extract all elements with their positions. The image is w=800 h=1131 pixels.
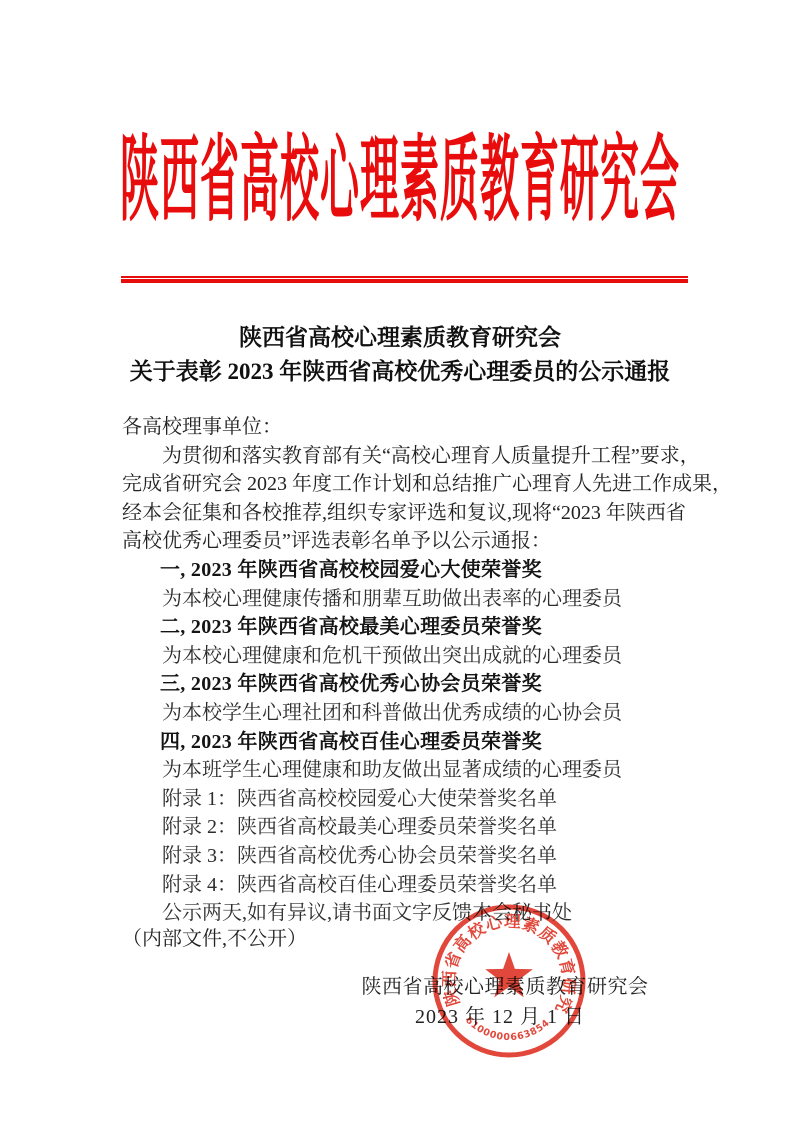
body-line: 经本会征集和各校推荐,组织专家评选和复议,现将“2023 年陕西省 xyxy=(122,499,680,528)
document-page: 陕西省高校心理素质教育研究会 陕西省高校心理素质教育研究会 关于表彰 2023 … xyxy=(0,0,800,1131)
body-line: 各高校理事单位： xyxy=(122,413,680,442)
internal-note: （内部文件,不公开） xyxy=(122,925,307,953)
body-line: 为贯彻和落实教育部有关“高校心理育人质量提升工程”要求， xyxy=(122,442,680,471)
body-line: 附录 2：陕西省高校最美心理委员荣誉奖名单 xyxy=(122,813,680,842)
body-line: 附录 1：陕西省高校校园爱心大使荣誉奖名单 xyxy=(122,785,680,814)
body-line: 一, 2023 年陕西省高校校园爱心大使荣誉奖 xyxy=(122,556,680,585)
body-line: 附录 3：陕西省高校优秀心协会员荣誉奖名单 xyxy=(122,842,680,871)
body-line: 为本校心理健康传播和朋辈互助做出表率的心理委员 xyxy=(122,585,680,614)
body-line: 高校优秀心理委员”评选表彰名单予以公示通报： xyxy=(122,527,680,556)
body-line: 三, 2023 年陕西省高校优秀心协会员荣誉奖 xyxy=(122,670,680,699)
body-line: 四, 2023 年陕西省高校百佳心理委员荣誉奖 xyxy=(122,728,680,757)
signature-date: 2023 年 12 月 1 日 xyxy=(330,1004,670,1030)
body-line: 二, 2023 年陕西省高校最美心理委员荣誉奖 xyxy=(122,613,680,642)
body-line: 为本校学生心理社团和科普做出优秀成绩的心协会员 xyxy=(122,699,680,728)
body-line: 附录 4：陕西省高校百佳心理委员荣誉奖名单 xyxy=(122,871,680,900)
body-lines: 各高校理事单位：为贯彻和落实教育部有关“高校心理育人质量提升工程”要求，完成省研… xyxy=(122,413,680,928)
body-line: 为本班学生心理健康和助友做出显著成绩的心理委员 xyxy=(122,756,680,785)
doc-title: 陕西省高校心理素质教育研究会 关于表彰 2023 年陕西省高校优秀心理委员的公示… xyxy=(0,321,800,389)
body-line: 为本校心理健康和危机干预做出突出成就的心理委员 xyxy=(122,642,680,671)
signature-org: 陕西省高校心理素质教育研究会 xyxy=(330,974,680,1000)
letterhead-divider xyxy=(121,276,688,283)
body-line: 完成省研究会 2023 年度工作计划和总结推广心理育人先进工作成果， xyxy=(122,470,680,499)
doc-title-line1: 陕西省高校心理素质教育研究会 xyxy=(0,321,800,355)
letterhead-title: 陕西省高校心理素质教育研究会 xyxy=(0,135,800,231)
body-line: 公示两天,如有异议,请书面文字反馈本会秘书处 xyxy=(122,899,680,928)
doc-title-line2: 关于表彰 2023 年陕西省高校优秀心理委员的公示通报 xyxy=(0,355,800,389)
